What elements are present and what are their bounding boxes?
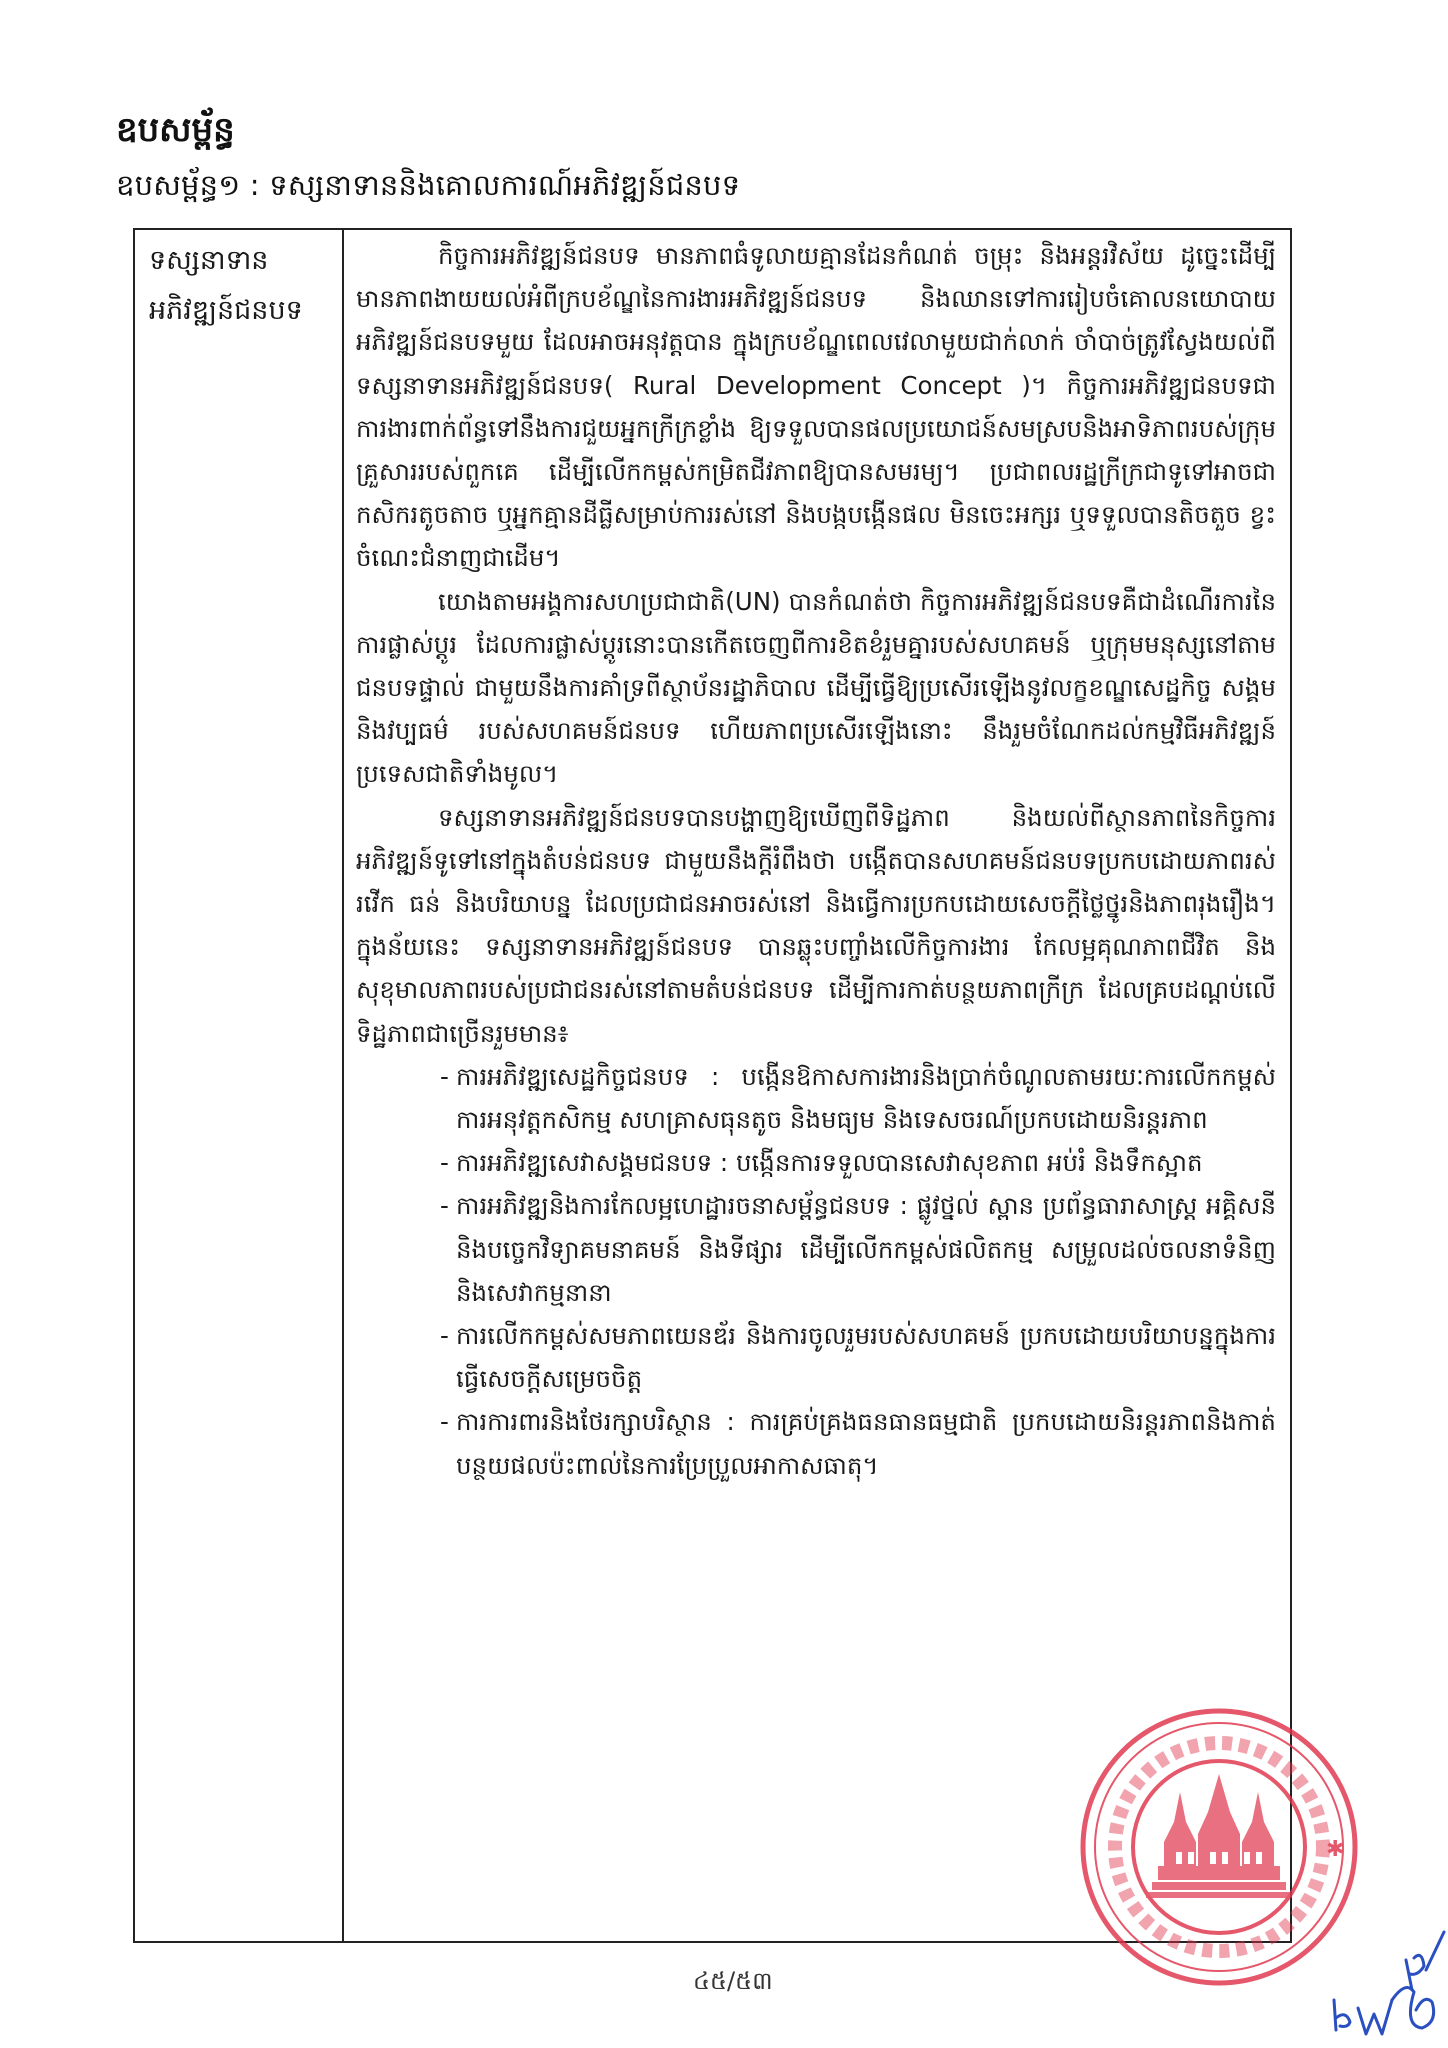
page-number: ៤៥/៥៣ [693, 1966, 773, 2001]
annex-table: ទស្សនាទាន អភិវឌ្ឍន៍ជនបទ កិច្ចការអភិវឌ្ឍន… [133, 228, 1292, 1943]
paragraph-3: ទស្សនាទានអភិវឌ្ឍន៍ជនបទបានបង្ហាញឱ្យឃើញពីទ… [356, 796, 1276, 1055]
page-heading: ឧបសម្ព័ន្ធ [116, 108, 235, 158]
paragraph-2: យោងតាមអង្គការសហប្រជាជាតិ(UN) បានកំណត់ថា … [356, 580, 1276, 796]
list-item-text: ការអភិវឌ្ឍនិងការកែលម្អហេដ្ឋារចនាសម្ព័ន្ធ… [456, 1191, 1276, 1306]
list-item-text: ការអភិវឌ្ឍសេដ្ឋកិច្ចជនបទ : បង្កើនឱកាសការ… [456, 1062, 1276, 1134]
dash-marker: - [440, 1400, 456, 1443]
annex-title: ឧបសម្ព័ន្ធ១ : ទស្សនាទាននិងគោលការណ៍អភិវឌ្… [116, 168, 740, 210]
aspects-list: -ការអភិវឌ្ឍសេដ្ឋកិច្ចជនបទ : បង្កើនឱកាសកា… [356, 1055, 1276, 1487]
list-item-text: ការលើកកម្ពស់សមភាពយេនឌ័រ និងការចូលរួមរបស់… [456, 1321, 1276, 1393]
row-label-line-2: អភិវឌ្ឍន៍ជនបទ [149, 286, 332, 336]
signature-icon [1326, 1930, 1446, 2040]
row-label-line-1: ទស្សនាទាន [149, 236, 332, 286]
dash-marker: - [440, 1141, 456, 1184]
list-item: -ការការពារនិងថែរក្សាបរិស្ថាន : ការគ្រប់គ… [440, 1400, 1276, 1486]
list-item: -ការអភិវឌ្ឍសេដ្ឋកិច្ចជនបទ : បង្កើនឱកាសកា… [440, 1055, 1276, 1141]
dash-marker: - [440, 1314, 456, 1357]
list-item: -ការអភិវឌ្ឍនិងការកែលម្អហេដ្ឋារចនាសម្ព័ន្… [440, 1184, 1276, 1314]
dash-marker: - [440, 1055, 456, 1098]
list-item-text: ការអភិវឌ្ឍសេវាសង្គមជនបទ : បង្កើនការទទួលប… [456, 1148, 1203, 1177]
dash-marker: - [440, 1184, 456, 1227]
list-item-text: ការការពារនិងថែរក្សាបរិស្ថាន : ការគ្រប់គ្… [456, 1407, 1276, 1479]
row-label-cell: ទស្សនាទាន អភិវឌ្ឍន៍ជនបទ [135, 230, 344, 1941]
row-content-cell: កិច្ចការអភិវឌ្ឍន៍ជនបទ មានភាពធំទូលាយគ្មាន… [344, 230, 1290, 1941]
list-item: -ការលើកកម្ពស់សមភាពយេនឌ័រ និងការចូលរួមរបស… [440, 1314, 1276, 1400]
list-item: -ការអភិវឌ្ឍសេវាសង្គមជនបទ : បង្កើនការទទួល… [440, 1141, 1276, 1184]
paragraph-1: កិច្ចការអភិវឌ្ឍន៍ជនបទ មានភាពធំទូលាយគ្មាន… [356, 234, 1276, 580]
svg-text:✱: ✱ [1326, 1837, 1344, 1862]
